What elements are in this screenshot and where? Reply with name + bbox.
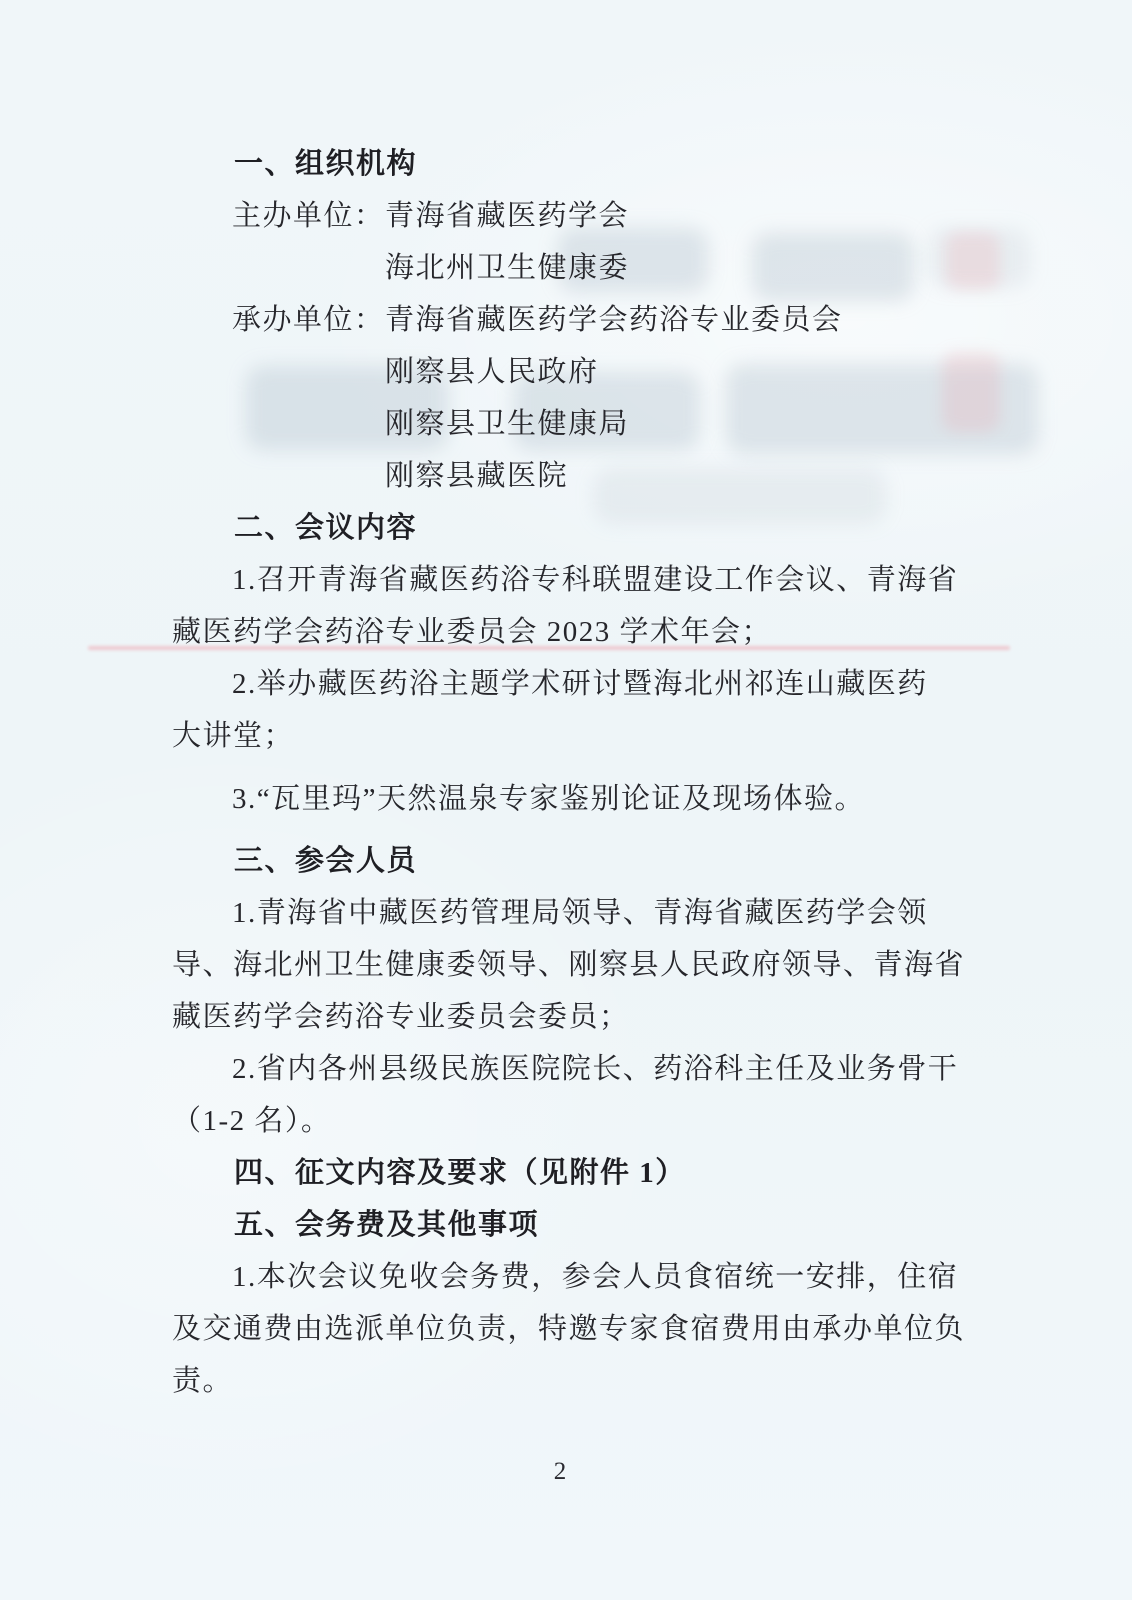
section-heading-organization: 一、组织机构 [172, 138, 992, 190]
undertaker-org-list: 青海省藏医药学会药浴专业委员会 刚察县人民政府 刚察县卫生健康局 刚察县藏医院 [385, 294, 992, 502]
content-item-2: 2.举办藏医药浴主题学术研讨暨海北州祁连山藏医药 大讲堂； [172, 658, 992, 762]
participants-item-2: 2.省内各州县级民族医院院长、药浴科主任及业务骨干 （1-2 名）。 [172, 1043, 992, 1147]
host-org: 青海省藏医药学会 [385, 190, 992, 242]
host-org: 海北州卫生健康委 [385, 242, 992, 294]
undertaker-organizations-row: 承办单位： 青海省藏医药学会药浴专业委员会 刚察县人民政府 刚察县卫生健康局 刚… [232, 294, 992, 502]
host-org-list: 青海省藏医药学会 海北州卫生健康委 [385, 190, 992, 294]
undertaker-org: 刚察县人民政府 [385, 346, 992, 398]
undertaker-label: 承办单位： [232, 294, 385, 502]
content-item-1: 1.召开青海省藏医药浴专科联盟建设工作会议、青海省 藏医药学会药浴专业委员会 2… [172, 554, 992, 658]
host-organizations-row: 主办单位： 青海省藏医药学会 海北州卫生健康委 [232, 190, 992, 294]
page-number: 2 [0, 1458, 1120, 1486]
undertaker-org: 刚察县卫生健康局 [385, 398, 992, 450]
document-page: 一、组织机构 主办单位： 青海省藏医药学会 海北州卫生健康委 承办单位： 青海省… [0, 0, 1132, 1600]
fees-item-1: 1.本次会议免收会务费，参会人员食宿统一安排，住宿 及交通费由选派单位负责，特邀… [172, 1251, 992, 1407]
participants-item-1: 1.青海省中藏医药管理局领导、青海省藏医药学会领 导、海北州卫生健康委领导、刚察… [172, 887, 992, 1043]
document-body: 一、组织机构 主办单位： 青海省藏医药学会 海北州卫生健康委 承办单位： 青海省… [172, 138, 992, 1407]
section-heading-papers: 四、征文内容及要求（见附件 1） [172, 1147, 992, 1199]
section-heading-fees: 五、会务费及其他事项 [172, 1199, 992, 1251]
undertaker-org: 刚察县藏医院 [385, 450, 992, 502]
host-label: 主办单位： [232, 190, 385, 294]
content-item-3: 3.“瓦里玛”天然温泉专家鉴别论证及现场体验。 [172, 773, 992, 825]
section-heading-content: 二、会议内容 [172, 502, 992, 554]
section-heading-participants: 三、参会人员 [172, 835, 992, 887]
undertaker-org: 青海省藏医药学会药浴专业委员会 [385, 294, 992, 346]
